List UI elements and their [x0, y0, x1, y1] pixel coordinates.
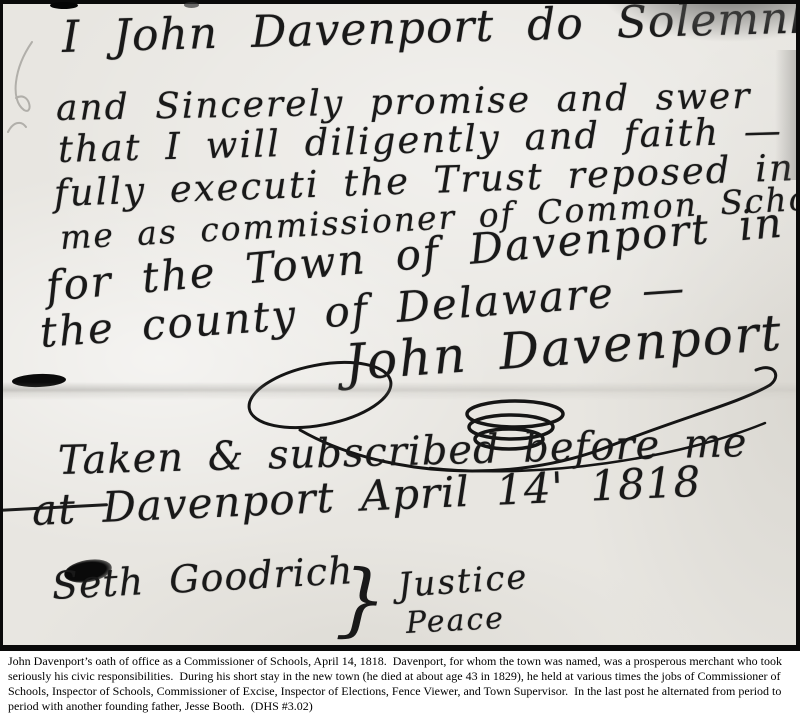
witness-signature: Seth Goodrich — [51, 548, 355, 608]
scan-border-top — [0, 0, 800, 4]
border-nick-2 — [184, 2, 199, 8]
witness-title-justice: Justice — [397, 557, 530, 606]
border-nick — [50, 2, 78, 9]
witness-brace: } — [334, 552, 388, 647]
scan-border-bottom — [0, 645, 800, 651]
page: I John Davenport do Solemnly — and Since… — [0, 0, 800, 717]
fold-crease — [0, 382, 800, 400]
document-scan: I John Davenport do Solemnly — and Since… — [0, 0, 800, 651]
scan-border-right — [796, 0, 800, 651]
edge-shade — [775, 50, 797, 180]
scan-border-left — [0, 0, 3, 651]
caption: John Davenport’s oath of office as a Com… — [0, 652, 800, 717]
pencil-squiggle — [2, 34, 44, 144]
caption-text: John Davenport’s oath of office as a Com… — [8, 654, 785, 713]
witness-title-peace: Peace — [405, 601, 506, 641]
corner-smudge — [550, 0, 800, 100]
